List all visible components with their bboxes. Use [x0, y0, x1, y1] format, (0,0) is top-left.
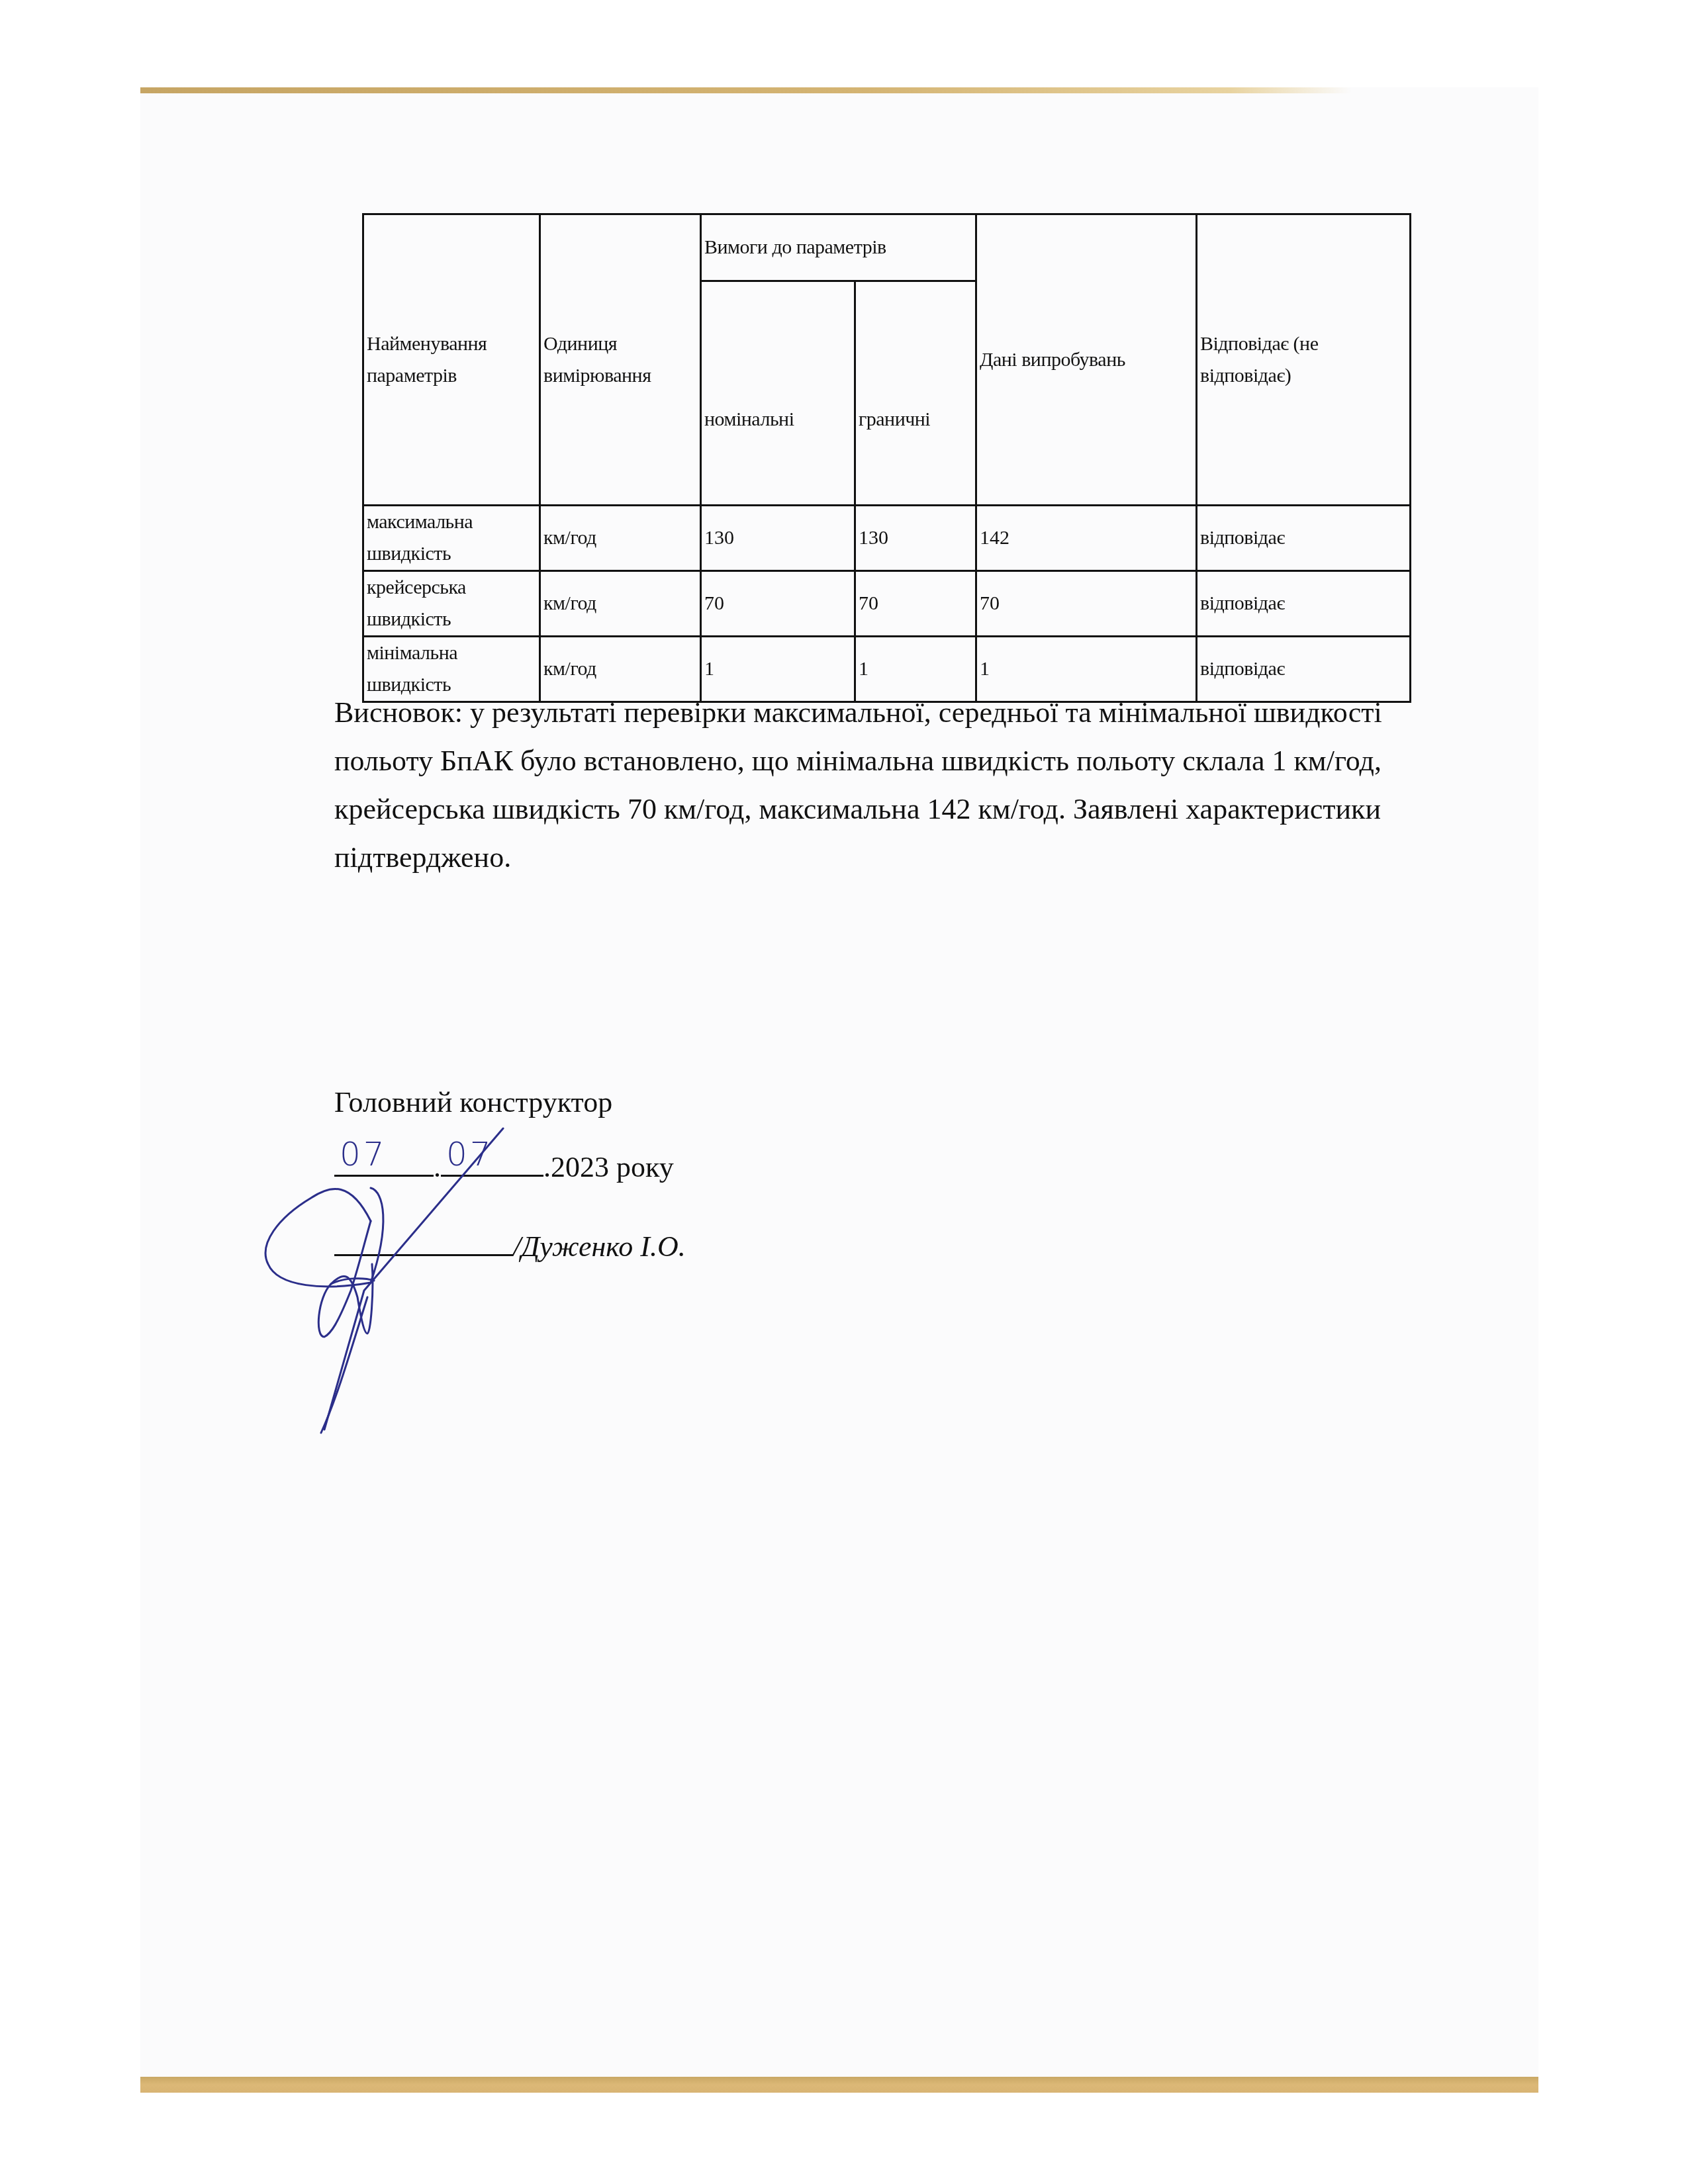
header-requirements: Вимоги до параметрів [701, 214, 976, 281]
cell-name: крейсерська швидкість [363, 571, 540, 637]
cell-test: 70 [976, 571, 1197, 637]
handwritten-day: 07 [340, 1135, 387, 1173]
date-day-field: 07 [334, 1148, 434, 1177]
cell-nominal: 70 [701, 571, 855, 637]
header-nominal: номінальні [701, 281, 855, 506]
table-row: максимальна швидкість км/год 130 130 142… [363, 506, 1411, 571]
paper-edge-bottom [140, 2077, 1538, 2093]
cell-limit: 130 [855, 506, 976, 571]
header-test-data: Дані випробувань [976, 214, 1197, 506]
signatory-name: /Дуженко І.О. [513, 1230, 686, 1263]
test-results-table: Найменування параметрів Одиниця вимірюва… [362, 213, 1411, 703]
header-name: Найменування параметрів [363, 214, 540, 506]
cell-status: відповідає [1197, 571, 1411, 637]
signatory-name-line: /Дуженко І.О. [334, 1228, 686, 1263]
cell-unit: км/год [540, 571, 701, 637]
cell-nominal: 130 [701, 506, 855, 571]
cell-limit: 70 [855, 571, 976, 637]
header-limit: граничні [855, 281, 976, 506]
date-year: .2023 року [543, 1151, 674, 1183]
date-month-field: 07 [441, 1148, 543, 1177]
signature-date: 07.07.2023 року [334, 1148, 674, 1184]
header-compliance: Відповідає (не відповідає) [1197, 214, 1411, 506]
signatory-title: Головний конструктор [334, 1085, 612, 1119]
conclusion-paragraph: Висновок: у результаті перевірки максима… [334, 688, 1407, 882]
cell-test: 142 [976, 506, 1197, 571]
paper-edge-top [140, 87, 1352, 93]
cell-status: відповідає [1197, 506, 1411, 571]
cell-name: максимальна швидкість [363, 506, 540, 571]
date-separator: . [434, 1151, 441, 1183]
table-row: крейсерська швидкість км/год 70 70 70 ві… [363, 571, 1411, 637]
header-unit: Одиниця вимірювання [540, 214, 701, 506]
signature-line [334, 1228, 513, 1256]
cell-unit: км/год [540, 506, 701, 571]
handwritten-month: 07 [446, 1135, 494, 1173]
table-header-row: Найменування параметрів Одиниця вимірюва… [363, 214, 1411, 281]
